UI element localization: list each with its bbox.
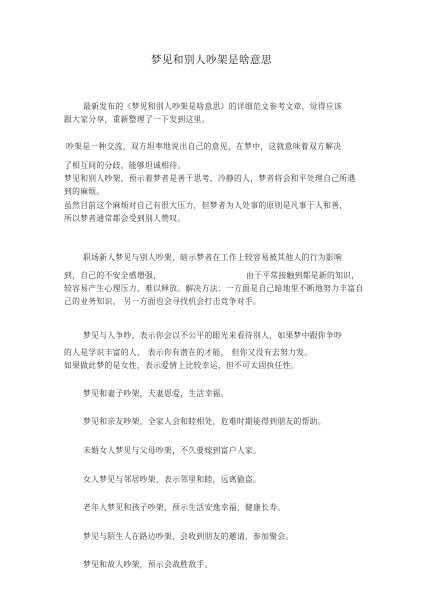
text-line: 跟大家分享，重新整理了一下发到这里。 <box>64 114 210 125</box>
text-line: 梦见和亲友吵架，全家人会和睦相处，危难时期能得到朋友的帮助。 <box>83 416 326 427</box>
text-line: 吵架是一种交流，双方坦率地说出自己的意见，在梦中，这就意味着双方解决 <box>66 141 341 152</box>
text-line: 职场新人梦见与别人吵架，暗示梦者在工作上较容易被其他人的行为影响 <box>83 252 342 263</box>
text-line: 女人梦见与邻居吵架，表示邻里和睦，远离偷盗。 <box>83 474 261 485</box>
text-line: 较容易产生心理压力，难以释放。解决方法：一方面是自己暗地里不断地努力丰富自 <box>64 283 364 294</box>
text-line: 最新发布的《梦见和别人吵架是啥意思》的详细范文参考文章，觉得应该 <box>83 101 342 112</box>
text-line: 由于平常接触到都是新的知识， <box>246 270 359 281</box>
text-line: 梦见和妻子吵架，夫妻恩爱，生活幸福。 <box>83 388 229 399</box>
text-line: 己的业务知识， 另一方面也会寻找机会打击竞争对手。 <box>64 296 261 307</box>
text-line: 到，自己的不安全感增强， <box>64 270 161 281</box>
text-line: 老年人梦见和孩子吵架，预示生活安逸幸福，健康长寿。 <box>83 502 285 513</box>
text-line: 所以梦者通常都会受到别人赞叹。 <box>64 213 185 224</box>
document-page: 梦见和别人吵架是啥意思 最新发布的《梦见和别人吵架是啥意思》的详细范文参考文章，… <box>0 0 423 600</box>
text-line: 梦见和别人吵架，预示着梦者是善于思考、冷静的人，梦者将会和平处理自己所遇 <box>64 173 355 184</box>
text-line: 梦见和故人吵架，预示会战胜敌手。 <box>83 559 213 570</box>
text-line: 到的麻烦。 <box>64 186 104 197</box>
text-line: 虽然目前这个麻烦对自己有很大压力，但梦者为人处事的原则是凡事于人和善， <box>64 200 347 211</box>
text-line: 了相互间的分歧，能够坦诚相待。 <box>64 160 185 171</box>
text-line: 的人是学识丰富的人， 表示你有潜在的才能， 但你又没有去努力发。 <box>64 347 312 358</box>
text-line: 如果做此梦的是女性，表示爱情上比较幸运，但不可太固执任性。 <box>64 360 299 371</box>
document-title: 梦见和别人吵架是啥意思 <box>0 52 423 67</box>
text-line: 梦见与人争吵，表示你会以不公平的眼光来看待别人，如果梦中跟你争吵 <box>83 330 342 341</box>
text-line: 梦见与陌生人在路边吵架，会收到朋友的邀请，参加聚会。 <box>83 531 294 542</box>
text-line: 未婚女人梦见与父母吵架，不久要嫁到富户人家。 <box>83 445 261 456</box>
